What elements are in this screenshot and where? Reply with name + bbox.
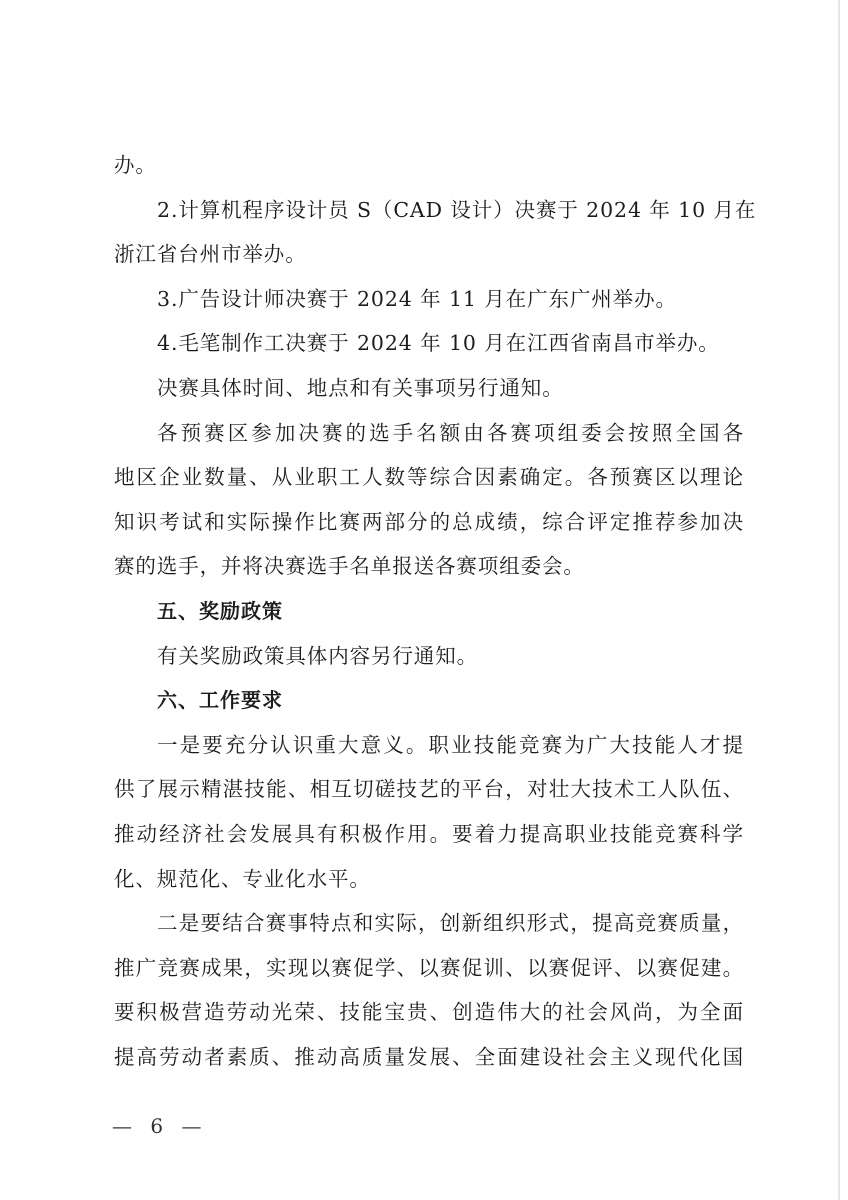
text-line: 化、规范化、专业化水平。 (114, 859, 744, 899)
text-line: 有关奖励政策具体内容另行通知。 (157, 636, 744, 676)
text-line: 地区企业数量、从业职工人数等综合因素确定。各预赛区以理论 (114, 457, 744, 497)
text-line: 3.广告设计师决赛于 2024 年 11 月在广东广州举办。 (157, 279, 744, 319)
section-heading: 六、工作要求 (157, 680, 744, 720)
section-heading: 五、奖励政策 (157, 591, 744, 631)
text-line: 办。 (114, 145, 744, 185)
text-line: 提高劳动者素质、推动高质量发展、全面建设社会主义现代化国 (114, 1037, 744, 1077)
text-line: 知识考试和实际操作比赛两部分的总成绩，综合评定推荐参加决 (114, 502, 744, 542)
text-line: 推动经济社会发展具有积极作用。要着力提高职业技能竞赛科学 (114, 814, 744, 854)
text-line: 2.计算机程序设计员 S（CAD 设计）决赛于 2024 年 10 月在 (157, 190, 744, 230)
text-line: 供了展示精湛技能、相互切磋技艺的平台，对壮大技术工人队伍、 (114, 769, 744, 809)
text-line: 各预赛区参加决赛的选手名额由各赛项组委会按照全国各 (157, 413, 744, 453)
text-line: 要积极营造劳动光荣、技能宝贵、创造伟大的社会风尚，为全面 (114, 992, 744, 1032)
text-line: 决赛具体时间、地点和有关事项另行通知。 (157, 368, 744, 408)
text-line: 4.毛笔制作工决赛于 2024 年 10 月在江西省南昌市举办。 (157, 323, 744, 363)
text-line: 二是要结合赛事特点和实际，创新组织形式，提高竞赛质量， (157, 903, 744, 943)
text-line: 赛的选手，并将决赛选手名单报送各赛项组委会。 (114, 546, 744, 586)
text-line: 推广竞赛成果，实现以赛促学、以赛促训、以赛促评、以赛促建。 (114, 948, 744, 988)
document-page: 办。2.计算机程序设计员 S（CAD 设计）决赛于 2024 年 10 月在浙江… (0, 0, 848, 1200)
text-line: 浙江省台州市举办。 (114, 234, 744, 274)
text-line: 一是要充分认识重大意义。职业技能竞赛为广大技能人才提 (157, 725, 744, 765)
page-number: — 6 — (112, 1111, 207, 1141)
